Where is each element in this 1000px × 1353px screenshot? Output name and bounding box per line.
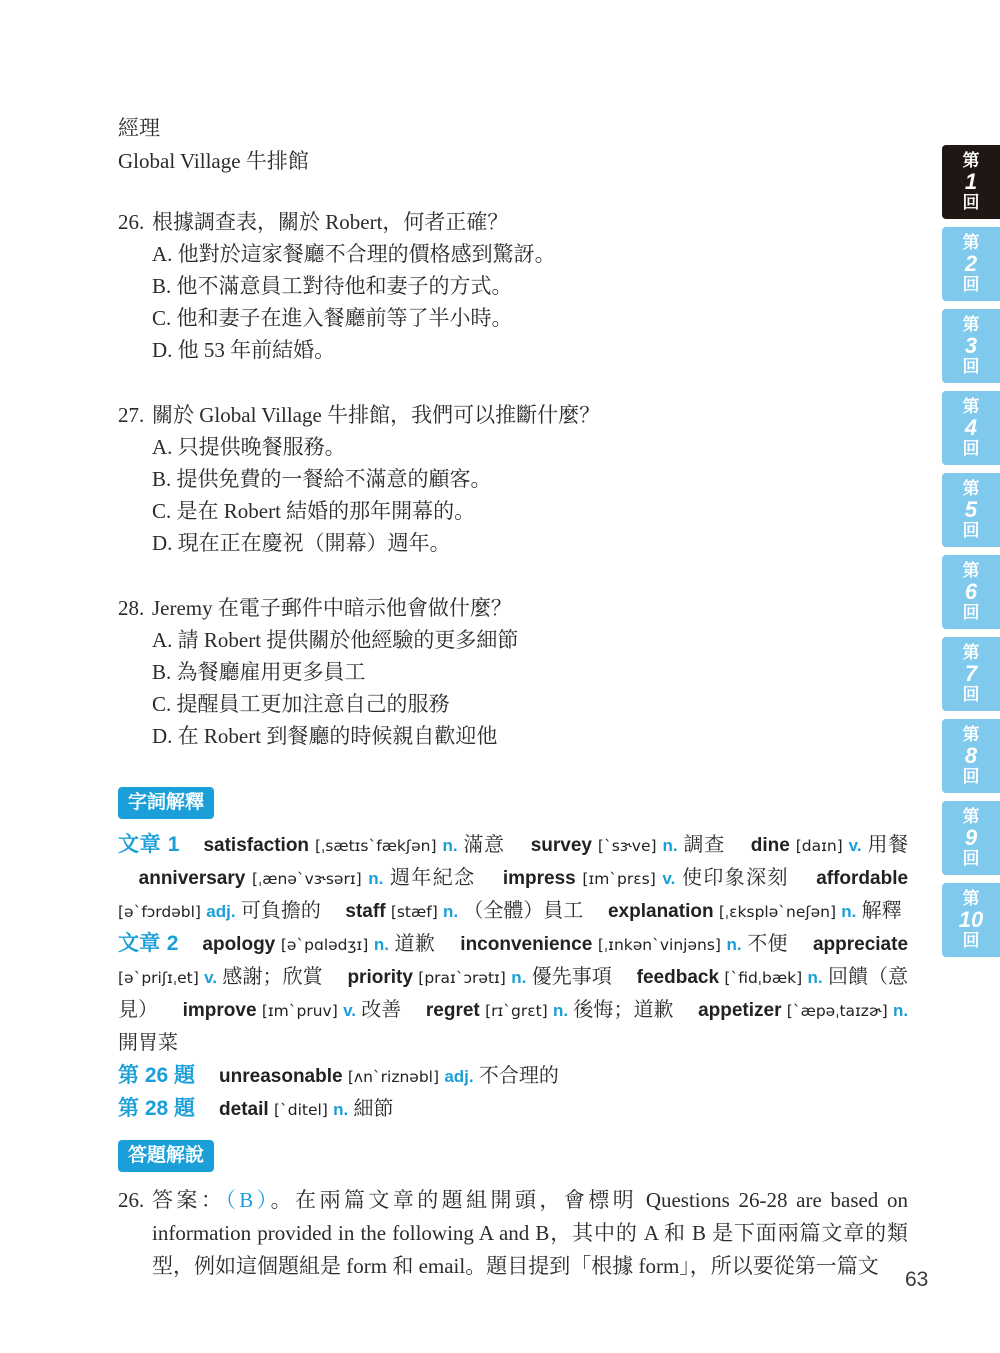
vocab-phonetic: [`sɝve]: [598, 837, 657, 855]
explanation-text: 答案：（B）。在兩篇文章的題組開頭，會標明 Questions 26-28 ar…: [152, 1184, 908, 1283]
vocab-entry: detail [`ditel] n. 細節: [219, 1099, 394, 1120]
vocab-phonetic: [ə`pɑlədʒɪ]: [281, 936, 368, 954]
answer-option: B. 他不滿意員工對待他和妻子的方式。: [118, 270, 908, 302]
round-tab-1: 第1回: [942, 145, 1000, 219]
page-number: 63: [905, 1268, 928, 1292]
vocab-entry: apology [ə`pɑlədʒɪ] n. 道歉: [202, 934, 435, 955]
passage-line-manager: 經理: [118, 112, 908, 145]
vocab-meaning: 滿意: [464, 834, 505, 856]
vocab-phonetic: [ˌsætɪs`fækʃən]: [315, 837, 437, 855]
vocab-word: appetizer: [698, 1000, 781, 1021]
vocab-word: dine: [751, 835, 790, 856]
vocab-phonetic: [ɪm`pruv]: [262, 1002, 338, 1020]
question-block: 26.根據調查表，關於 Robert，何者正確？A. 他對於這家餐廳不合理的價格…: [118, 206, 908, 366]
vocab-entry: staff [stæf] n. （全體）員工: [345, 901, 583, 922]
tab-number: 9: [965, 827, 977, 849]
tab-suffix: 回: [963, 849, 980, 869]
round-tab-sidebar: 第1回第2回第3回第4回第5回第6回第7回第8回第9回第10回: [942, 145, 1000, 957]
answer-option: A. 只提供晚餐服務。: [118, 431, 908, 463]
answer-option: C. 提醒員工更加注意自己的服務: [118, 688, 908, 720]
vocab-pos: n.: [841, 902, 856, 921]
question-text: 根據調查表，關於 Robert，何者正確？: [152, 206, 908, 238]
vocab-meaning: 不合理的: [479, 1065, 559, 1087]
tab-prefix: 第: [963, 643, 980, 663]
vocab-entry: inconvenience [ˌɪnkən`vinjəns] n. 不便: [460, 934, 788, 955]
question-number: 27.: [118, 399, 152, 431]
answer-option: D. 在 Robert 到餐廳的時候親自歡迎他: [118, 720, 908, 752]
vocab-pos: n.: [727, 935, 742, 954]
tab-prefix: 第: [963, 151, 980, 171]
vocab-pos: n.: [374, 935, 389, 954]
answer-option: C. 他和妻子在進入餐廳前等了半小時。: [118, 302, 908, 334]
passage-line-restaurant: Global Village 牛排館: [118, 145, 908, 178]
page-content: 經理 Global Village 牛排館 26.根據調查表，關於 Robert…: [118, 112, 908, 1283]
vocab-pos: v.: [204, 968, 217, 987]
vocab-meaning: 優先事項: [532, 966, 612, 988]
tab-number: 4: [965, 417, 977, 439]
vocab-phonetic: [`ditel]: [274, 1101, 328, 1119]
vocab-phonetic: [ə`priʃɪˌet]: [118, 969, 199, 987]
tab-prefix: 第: [963, 725, 980, 745]
vocab-group: 第 28 題detail [`ditel] n. 細節: [118, 1093, 908, 1126]
vocab-word: explanation: [608, 901, 714, 922]
round-tab-10: 第10回: [942, 883, 1000, 957]
tab-suffix: 回: [963, 439, 980, 459]
vocab-pos: n.: [808, 968, 823, 987]
tab-prefix: 第: [963, 233, 980, 253]
vocab-pos: n.: [511, 968, 526, 987]
tab-prefix: 第: [963, 479, 980, 499]
answer-option: A. 他對於這家餐廳不合理的價格感到驚訝。: [118, 238, 908, 270]
vocab-meaning: 調查: [684, 834, 725, 856]
answer-option: C. 是在 Robert 結婚的那年開幕的。: [118, 495, 908, 527]
round-tab-2: 第2回: [942, 227, 1000, 301]
vocab-meaning: 用餐: [868, 834, 909, 856]
tab-prefix: 第: [963, 561, 980, 581]
question-number: 28.: [118, 592, 152, 624]
tab-number: 7: [965, 663, 977, 685]
round-tab-6: 第6回: [942, 555, 1000, 629]
vocab-meaning: 可負擔的: [241, 900, 321, 922]
vocab-word: unreasonable: [219, 1066, 343, 1087]
round-tab-7: 第7回: [942, 637, 1000, 711]
vocab-pos: n.: [663, 836, 678, 855]
round-tab-5: 第5回: [942, 473, 1000, 547]
question-block: 27.關於 Global Village 牛排館，我們可以推斷什麼？A. 只提供…: [118, 399, 908, 559]
vocab-word: staff: [345, 901, 385, 922]
vocab-entry: satisfaction [ˌsætɪs`fækʃən] n. 滿意: [203, 835, 504, 856]
vocab-pos: n.: [442, 836, 457, 855]
vocab-phonetic: [ʌn`riznəbl]: [348, 1068, 439, 1086]
vocab-word: feedback: [637, 967, 719, 988]
vocab-pos: v.: [343, 1001, 356, 1020]
answer-option: D. 現在正在慶祝（開幕）週年。: [118, 527, 908, 559]
question-text: Jeremy 在電子郵件中暗示他會做什麼？: [152, 592, 908, 624]
vocab-entry: survey [`sɝve] n. 調查: [531, 835, 725, 856]
vocab-entry: impress [ɪm`prɛs] v. 使印象深刻: [503, 868, 789, 889]
passage-tail: 經理 Global Village 牛排館: [118, 112, 908, 178]
vocab-phonetic: [stæf]: [391, 903, 438, 921]
answer-option: A. 請 Robert 提供關於他經驗的更多細節: [118, 624, 908, 656]
vocab-badge: 字詞解釋: [118, 787, 214, 819]
vocab-phonetic: [rɪ`grɛt]: [485, 1002, 548, 1020]
tab-prefix: 第: [963, 889, 980, 909]
tab-number: 8: [965, 745, 977, 767]
vocab-group-label: 第 28 題: [118, 1097, 195, 1120]
tab-prefix: 第: [963, 397, 980, 417]
vocab-meaning: 使印象深刻: [682, 867, 789, 889]
vocab-meaning: 道歉: [395, 933, 436, 955]
vocab-group: 文章 1satisfaction [ˌsætɪs`fækʃən] n. 滿意 s…: [118, 829, 908, 928]
vocab-entry: dine [daɪn] v. 用餐: [751, 835, 908, 856]
question-line: 26.根據調查表，關於 Robert，何者正確？: [118, 206, 908, 238]
question-number: 26.: [118, 206, 152, 238]
vocab-pos: n.: [333, 1100, 348, 1119]
vocab-word: appreciate: [813, 934, 908, 955]
vocab-word: detail: [219, 1099, 269, 1120]
vocab-word: regret: [426, 1000, 480, 1021]
vocab-word: survey: [531, 835, 592, 856]
vocab-phonetic: [ˌænə`vɝsərɪ]: [252, 870, 362, 888]
vocab-phonetic: [`fidˌbæk]: [724, 969, 802, 987]
vocab-meaning: 不便: [747, 933, 788, 955]
answer-option: D. 他 53 年前結婚。: [118, 334, 908, 366]
answer-option: B. 提供免費的一餐給不滿意的顧客。: [118, 463, 908, 495]
vocab-word: impress: [503, 868, 576, 889]
question-block: 28.Jeremy 在電子郵件中暗示他會做什麼？A. 請 Robert 提供關於…: [118, 592, 908, 752]
round-tab-8: 第8回: [942, 719, 1000, 793]
round-tab-3: 第3回: [942, 309, 1000, 383]
vocab-word: priority: [347, 967, 412, 988]
question-line: 27.關於 Global Village 牛排館，我們可以推斷什麼？: [118, 399, 908, 431]
vocab-entry: anniversary [ˌænə`vɝsərɪ] n. 週年紀念: [139, 868, 476, 889]
explanation-answer: （B）: [225, 1188, 270, 1212]
vocab-pos: n.: [893, 1001, 908, 1020]
vocab-meaning: 後悔；道歉: [573, 999, 673, 1021]
question-text: 關於 Global Village 牛排館，我們可以推斷什麼？: [152, 399, 908, 431]
tab-number: 3: [965, 335, 977, 357]
tab-prefix: 第: [963, 807, 980, 827]
vocab-pos: n.: [553, 1001, 568, 1020]
vocab-meaning: （全體）員工: [463, 900, 583, 922]
vocab-entry: improve [ɪm`pruv] v. 改善: [183, 1000, 402, 1021]
tab-suffix: 回: [963, 685, 980, 705]
tab-number: 5: [965, 499, 977, 521]
explanation-prefix: 答案：: [152, 1188, 225, 1212]
vocab-meaning: 週年紀念: [390, 867, 476, 889]
vocab-meaning: 細節: [354, 1098, 394, 1120]
questions-section: 26.根據調查表，關於 Robert，何者正確？A. 他對於這家餐廳不合理的價格…: [118, 206, 908, 752]
vocab-entry: unreasonable [ʌn`riznəbl] adj. 不合理的: [219, 1066, 559, 1087]
tab-suffix: 回: [963, 931, 980, 951]
vocab-group-label: 文章 2: [118, 932, 178, 955]
vocab-word: apology: [202, 934, 275, 955]
answer-option: B. 為餐廳雇用更多員工: [118, 656, 908, 688]
vocab-word: anniversary: [139, 868, 246, 889]
vocab-phonetic: [`æpəˌtaɪzɚ]: [787, 1002, 888, 1020]
vocab-group: 文章 2apology [ə`pɑlədʒɪ] n. 道歉 inconvenie…: [118, 928, 908, 1060]
vocab-group-label: 第 26 題: [118, 1064, 195, 1087]
vocab-meaning: 解釋: [862, 900, 902, 922]
vocab-word: satisfaction: [203, 835, 309, 856]
vocab-pos: n.: [443, 902, 458, 921]
vocab-entry: explanation [ˌɛksplə`neʃən] n. 解釋: [608, 901, 902, 922]
vocab-entry: regret [rɪ`grɛt] n. 後悔；道歉: [426, 1000, 674, 1021]
vocab-entry: priority [praɪ`ɔrətɪ] n. 優先事項: [347, 967, 611, 988]
vocab-group-label: 文章 1: [118, 833, 179, 856]
vocab-meaning: 開胃菜: [118, 1032, 178, 1054]
vocab-group: 第 26 題unreasonable [ʌn`riznəbl] adj. 不合理…: [118, 1060, 908, 1093]
vocab-phonetic: [ə`fɔrdəbl]: [118, 903, 201, 921]
vocab-meaning: 改善: [361, 999, 401, 1021]
vocab-phonetic: [ɪm`prɛs]: [582, 870, 655, 888]
vocab-pos: n.: [368, 869, 383, 888]
round-tab-9: 第9回: [942, 801, 1000, 875]
vocab-section: 文章 1satisfaction [ˌsætɪs`fækʃən] n. 滿意 s…: [118, 829, 908, 1126]
tab-prefix: 第: [963, 315, 980, 335]
tab-suffix: 回: [963, 521, 980, 541]
vocab-phonetic: [ˌɛksplə`neʃən]: [719, 903, 836, 921]
vocab-pos: v.: [662, 869, 675, 888]
tab-number: 10: [959, 909, 983, 931]
vocab-pos: adj.: [444, 1067, 473, 1086]
vocab-pos: v.: [849, 836, 862, 855]
tab-suffix: 回: [963, 767, 980, 787]
explanation-number: 26.: [118, 1184, 152, 1283]
vocab-phonetic: [praɪ`ɔrətɪ]: [418, 969, 506, 987]
explanation-item: 26. 答案：（B）。在兩篇文章的題組開頭，會標明 Questions 26-2…: [118, 1184, 908, 1283]
vocab-phonetic: [daɪn]: [796, 837, 843, 855]
question-line: 28.Jeremy 在電子郵件中暗示他會做什麼？: [118, 592, 908, 624]
tab-number: 2: [965, 253, 977, 275]
tab-number: 1: [965, 171, 977, 193]
tab-suffix: 回: [963, 603, 980, 623]
tab-suffix: 回: [963, 357, 980, 377]
tab-suffix: 回: [963, 275, 980, 295]
tab-number: 6: [965, 581, 977, 603]
vocab-word: inconvenience: [460, 934, 592, 955]
vocab-pos: adj.: [206, 902, 235, 921]
vocab-meaning: 感謝；欣賞: [222, 966, 322, 988]
explanation-badge: 答題解說: [118, 1140, 214, 1172]
vocab-word: improve: [183, 1000, 257, 1021]
vocab-phonetic: [ˌɪnkən`vinjəns]: [598, 936, 721, 954]
tab-suffix: 回: [963, 193, 980, 213]
round-tab-4: 第4回: [942, 391, 1000, 465]
vocab-word: affordable: [816, 868, 908, 889]
